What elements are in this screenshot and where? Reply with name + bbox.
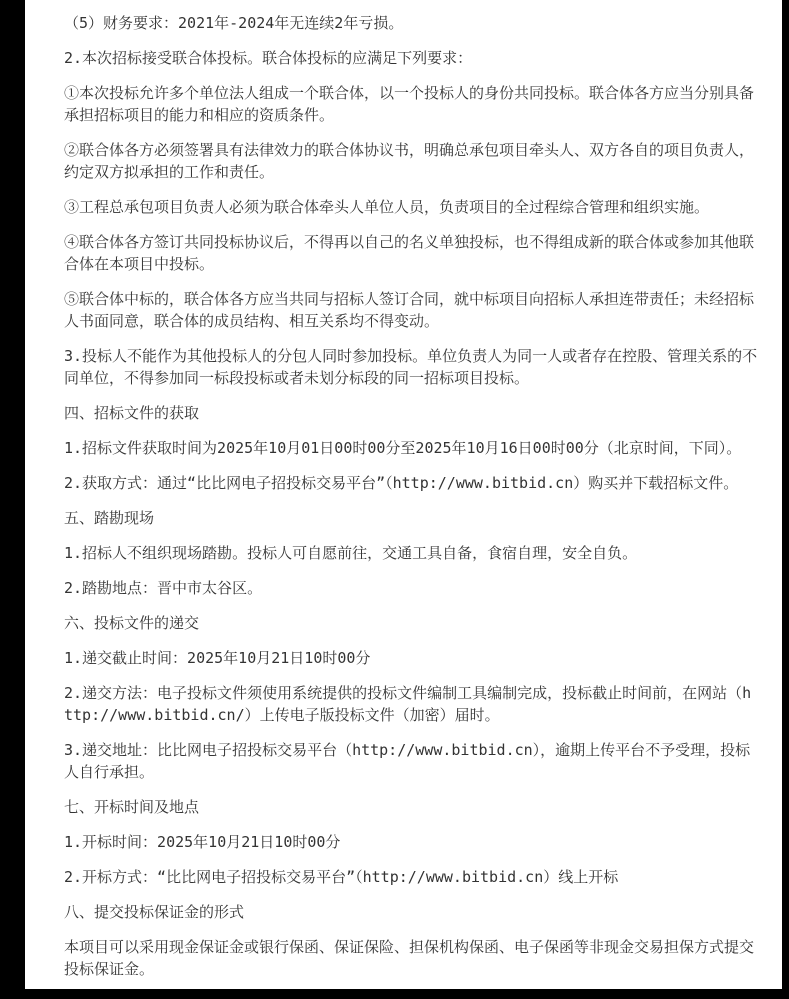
tender-notice-body: （5）财务要求：2021年-2024年无连续2年亏损。 2.本次招标接受联合体投… <box>25 0 782 989</box>
paragraph-consortium-rule-1: ①本次投标允许多个单位法人组成一个联合体，以一个投标人的身份共同投标。联合体各方… <box>64 82 758 126</box>
section-heading-6-bid-submission: 六、投标文件的递交 <box>64 612 758 634</box>
paragraph-consortium-rule-3: ③工程总承包项目负责人必须为联合体牵头人单位人员，负责项目的全过程综合管理和组织… <box>64 196 758 218</box>
paragraph-consortium-rule-5: ⑤联合体中标的，联合体各方应当共同与招标人签订合同，就中标项目向招标人承担连带责… <box>64 288 758 332</box>
paragraph-opening-time: 1.开标时间：2025年10月21日10时00分 <box>64 831 758 853</box>
paragraph-consortium-rule-2: ②联合体各方必须签署具有法律效力的联合体协议书，明确总承包项目牵头人、双方各自的… <box>64 139 758 183</box>
paragraph-bidder-restriction: 3.投标人不能作为其他投标人的分包人同时参加投标。单位负责人为同一人或者存在控股… <box>64 345 758 389</box>
black-border-left <box>0 0 25 999</box>
section-heading-7-bid-opening: 七、开标时间及地点 <box>64 796 758 818</box>
document-page: （5）财务要求：2021年-2024年无连续2年亏损。 2.本次招标接受联合体投… <box>0 0 789 999</box>
paragraph-financial-requirement: （5）财务要求：2021年-2024年无连续2年亏损。 <box>64 12 758 34</box>
paragraph-submission-address: 3.递交地址：比比网电子招投标交易平台（http://www.bitbid.cn… <box>64 739 758 783</box>
paragraph-acquisition-time: 1.招标文件获取时间为2025年10月01日00时00分至2025年10月16日… <box>64 437 758 459</box>
paragraph-consortium-rule-4: ④联合体各方签订共同投标协议后，不得再以自己的名义单独投标，也不得组成新的联合体… <box>64 231 758 275</box>
paragraph-submission-deadline: 1.递交截止时间：2025年10月21日10时00分 <box>64 647 758 669</box>
paragraph-site-visit-location: 2.踏勘地点：晋中市太谷区。 <box>64 577 758 599</box>
black-border-right <box>782 0 789 999</box>
paragraph-submission-method: 2.递交方法：电子投标文件须使用系统提供的投标文件编制工具编制完成，投标截止时间… <box>64 682 758 726</box>
paragraph-acquisition-method: 2.获取方式：通过“比比网电子招投标交易平台”（http://www.bitbi… <box>64 472 758 494</box>
paragraph-site-visit-policy: 1.招标人不组织现场踏勘。投标人可自愿前往，交通工具自备，食宿自理，安全自负。 <box>64 542 758 564</box>
black-border-bottom <box>0 989 789 999</box>
section-heading-4-document-acquisition: 四、招标文件的获取 <box>64 402 758 424</box>
paragraph-opening-method: 2.开标方式：“比比网电子招投标交易平台”（http://www.bitbid.… <box>64 866 758 888</box>
section-heading-5-site-visit: 五、踏勘现场 <box>64 507 758 529</box>
paragraph-consortium-intro: 2.本次招标接受联合体投标。联合体投标的应满足下列要求： <box>64 47 758 69</box>
paragraph-bid-security-forms: 本项目可以采用现金保证金或银行保函、保证保险、担保机构保函、电子保函等非现金交易… <box>64 936 758 980</box>
section-heading-8-bid-security: 八、提交投标保证金的形式 <box>64 901 758 923</box>
